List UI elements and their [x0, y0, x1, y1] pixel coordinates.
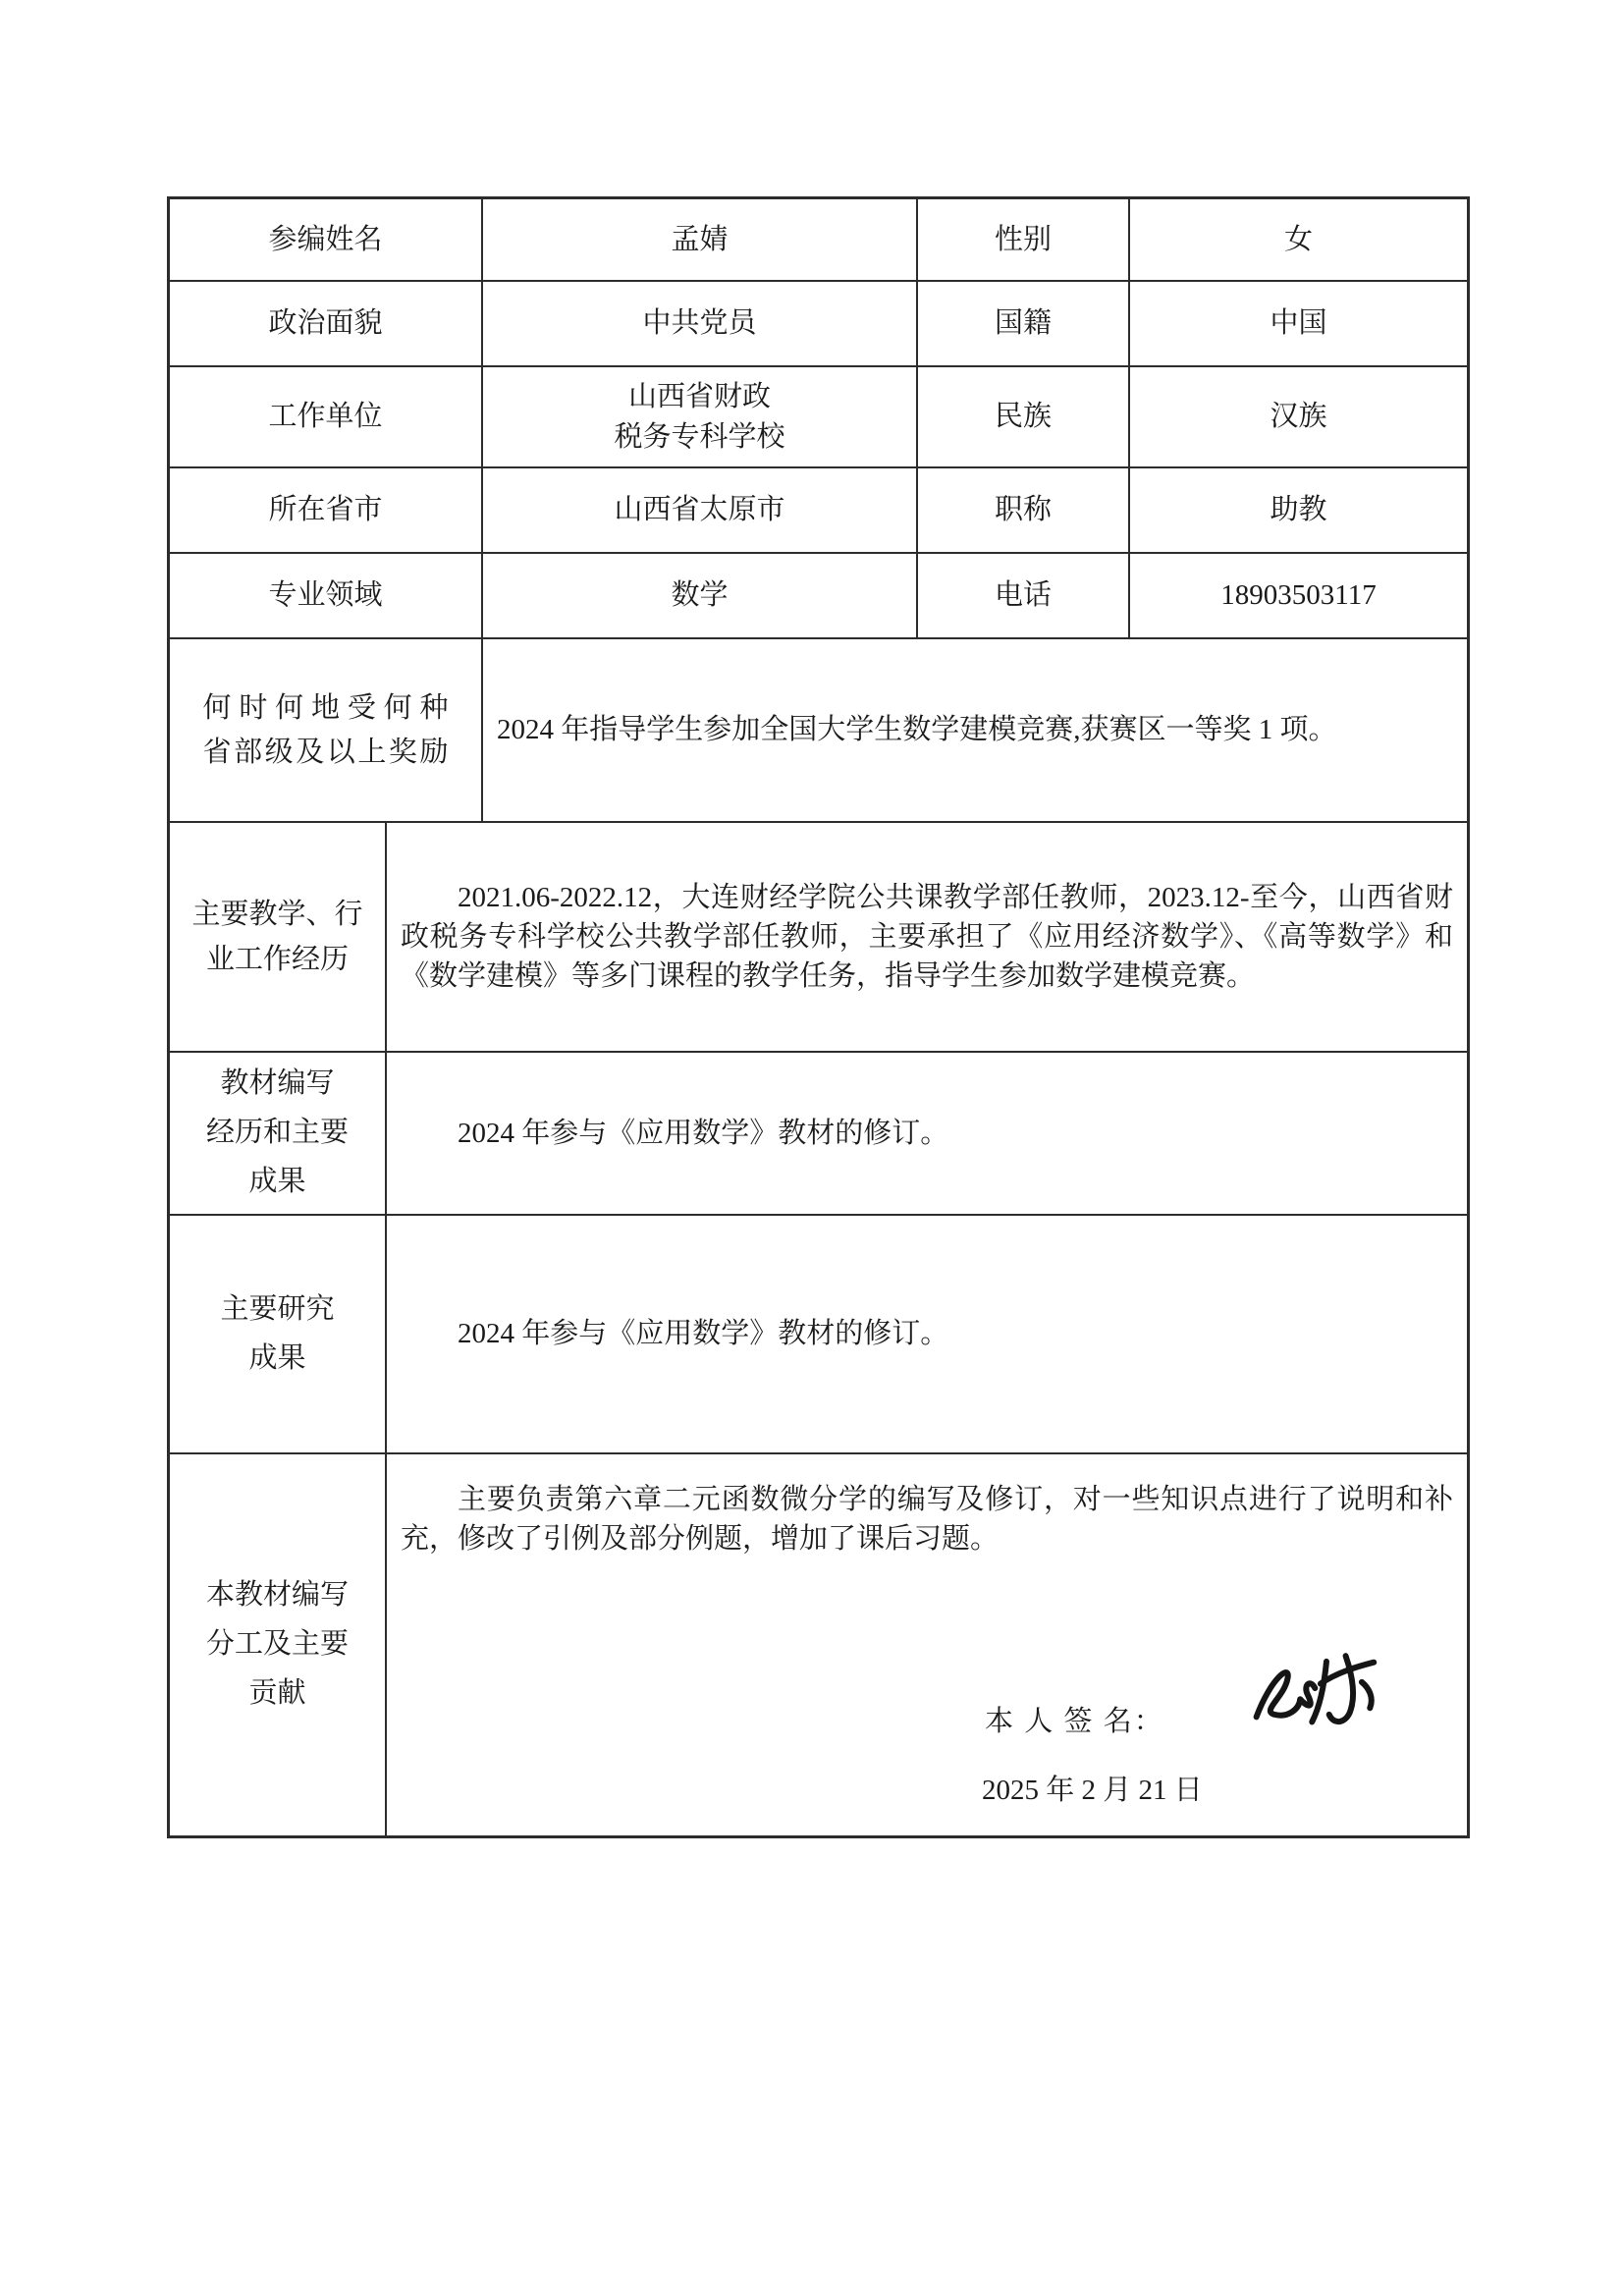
field-label-professional-title: 职称: [918, 468, 1130, 552]
label-text: 职称: [995, 490, 1052, 530]
value-text-line: 山西省财政: [614, 377, 784, 417]
table-row-specialty-phone: 专业领域 数学 电话 18903503117: [170, 554, 1467, 639]
value-text: 中国: [1270, 303, 1326, 344]
field-value-phone: 18903503117: [1130, 554, 1467, 637]
field-label-ethnicity: 民族: [918, 367, 1130, 466]
value-text: 数学: [671, 575, 728, 616]
table-row-awards: 何时何地受何种 省部级及以上奖励 2024 年指导学生参加全国大学生数学建模竞赛…: [170, 639, 1467, 823]
field-label-experience: 主要教学、行 业工作经历: [170, 823, 387, 1051]
table-row-research: 主要研究 成果 2024 年参与《应用数学》教材的修订。: [170, 1216, 1467, 1454]
label-text-line: 经历和主要: [206, 1109, 349, 1158]
field-value-professional-title: 助教: [1130, 468, 1467, 552]
label-text-line: 成果: [220, 1335, 334, 1384]
field-label-political-status: 政治面貌: [170, 282, 483, 365]
label-text-line: 何时何地受何种: [203, 686, 449, 731]
label-text: 参编姓名: [268, 220, 382, 260]
label-text-line: 成果: [206, 1158, 349, 1207]
field-label-province-city: 所在省市: [170, 468, 483, 552]
value-text: 中共党员: [642, 303, 756, 344]
field-label-nationality: 国籍: [918, 282, 1130, 365]
field-value-nationality: 中国: [1130, 282, 1467, 365]
field-label-contribution: 本教材编写 分工及主要 贡献: [170, 1454, 387, 1835]
label-text-line: 业工作经历: [191, 937, 362, 982]
field-label-awards: 何时何地受何种 省部级及以上奖励: [170, 639, 483, 821]
value-text: 孟婧: [671, 220, 728, 260]
label-text-line: 主要研究: [220, 1285, 334, 1335]
label-text: 所在省市: [268, 490, 382, 530]
value-text: 2024 年指导学生参加全国大学生数学建模竞赛,获赛区一等奖 1 项。: [497, 710, 1337, 750]
field-value-research: 2024 年参与《应用数学》教材的修订。: [387, 1216, 1467, 1452]
field-label-contributor-name: 参编姓名: [170, 199, 483, 280]
label-text-line: 省部级及以上奖励: [203, 731, 449, 775]
document-page: 参编姓名 孟婧 性别 女 政治面貌 中共党员 国籍 中国 工作单位 山西省财政 …: [0, 0, 1622, 2296]
field-label-work-unit: 工作单位: [170, 367, 483, 466]
label-text: 工作单位: [268, 397, 382, 437]
label-text-line: 本教材编写: [206, 1571, 349, 1620]
handwritten-signature: [1239, 1645, 1391, 1748]
value-text-line: 税务专科学校: [614, 417, 784, 458]
label-text: 电话: [995, 575, 1052, 616]
field-label-specialty: 专业领域: [170, 554, 483, 637]
table-row-contribution: 本教材编写 分工及主要 贡献 主要负责第六章二元函数微分学的编写及修订，对一些知…: [170, 1454, 1467, 1835]
label-text-line: 教材编写: [206, 1060, 349, 1109]
value-text: 助教: [1270, 490, 1326, 530]
field-value-province-city: 山西省太原市: [483, 468, 918, 552]
field-value-political-status: 中共党员: [483, 282, 918, 365]
value-text: 汉族: [1270, 397, 1326, 437]
label-text: 性别: [995, 220, 1052, 260]
field-label-gender: 性别: [918, 199, 1130, 280]
table-row-province-title: 所在省市 山西省太原市 职称 助教: [170, 468, 1467, 554]
table-row-experience: 主要教学、行 业工作经历 2021.06-2022.12，大连财经学院公共课教学…: [170, 823, 1467, 1053]
table-row-workunit-ethnicity: 工作单位 山西省财政 税务专科学校 民族 汉族: [170, 367, 1467, 468]
label-text: 民族: [995, 397, 1052, 437]
contribution-paragraph: 主要负责第六章二元函数微分学的编写及修订，对一些知识点进行了说明和补充，修改了引…: [401, 1480, 1453, 1558]
signature-date: 2025 年 2 月 21 日: [982, 1771, 1203, 1811]
field-label-textbook-editing: 教材编写 经历和主要 成果: [170, 1053, 387, 1214]
field-value-ethnicity: 汉族: [1130, 367, 1467, 466]
field-label-phone: 电话: [918, 554, 1130, 637]
label-text: 国籍: [995, 303, 1052, 344]
value-text: 山西省太原市: [614, 490, 784, 530]
field-label-research: 主要研究 成果: [170, 1216, 387, 1452]
value-text: 18903503117: [1220, 575, 1376, 616]
table-row-political-nationality: 政治面貌 中共党员 国籍 中国: [170, 282, 1467, 367]
signature-label: 本 人 签 名：: [985, 1702, 1164, 1742]
table-row-textbook-editing: 教材编写 经历和主要 成果 2024 年参与《应用数学》教材的修订。: [170, 1053, 1467, 1216]
field-value-awards: 2024 年指导学生参加全国大学生数学建模竞赛,获赛区一等奖 1 项。: [483, 639, 1467, 821]
label-text-line: 分工及主要: [206, 1620, 349, 1669]
field-value-work-unit: 山西省财政 税务专科学校: [483, 367, 918, 466]
label-text: 政治面貌: [268, 303, 382, 344]
field-value-experience: 2021.06-2022.12，大连财经学院公共课教学部任教师，2023.12-…: [387, 823, 1467, 1051]
field-value-specialty: 数学: [483, 554, 918, 637]
experience-paragraph: 2021.06-2022.12，大连财经学院公共课教学部任教师，2023.12-…: [401, 878, 1453, 996]
field-value-gender: 女: [1130, 199, 1467, 280]
value-text: 2024 年参与《应用数学》教材的修订。: [401, 1114, 948, 1154]
field-value-contributor-name: 孟婧: [483, 199, 918, 280]
label-text-line: 贡献: [206, 1669, 349, 1719]
contributor-info-table: 参编姓名 孟婧 性别 女 政治面貌 中共党员 国籍 中国 工作单位 山西省财政 …: [167, 196, 1470, 1838]
field-value-contribution: 主要负责第六章二元函数微分学的编写及修订，对一些知识点进行了说明和补充，修改了引…: [387, 1454, 1467, 1835]
table-row-name-gender: 参编姓名 孟婧 性别 女: [170, 199, 1467, 282]
value-text: 女: [1284, 220, 1313, 260]
label-text-line: 主要教学、行: [191, 892, 362, 937]
value-text: 2024 年参与《应用数学》教材的修订。: [401, 1314, 948, 1354]
label-text: 专业领域: [268, 575, 382, 616]
field-value-textbook-editing: 2024 年参与《应用数学》教材的修订。: [387, 1053, 1467, 1214]
